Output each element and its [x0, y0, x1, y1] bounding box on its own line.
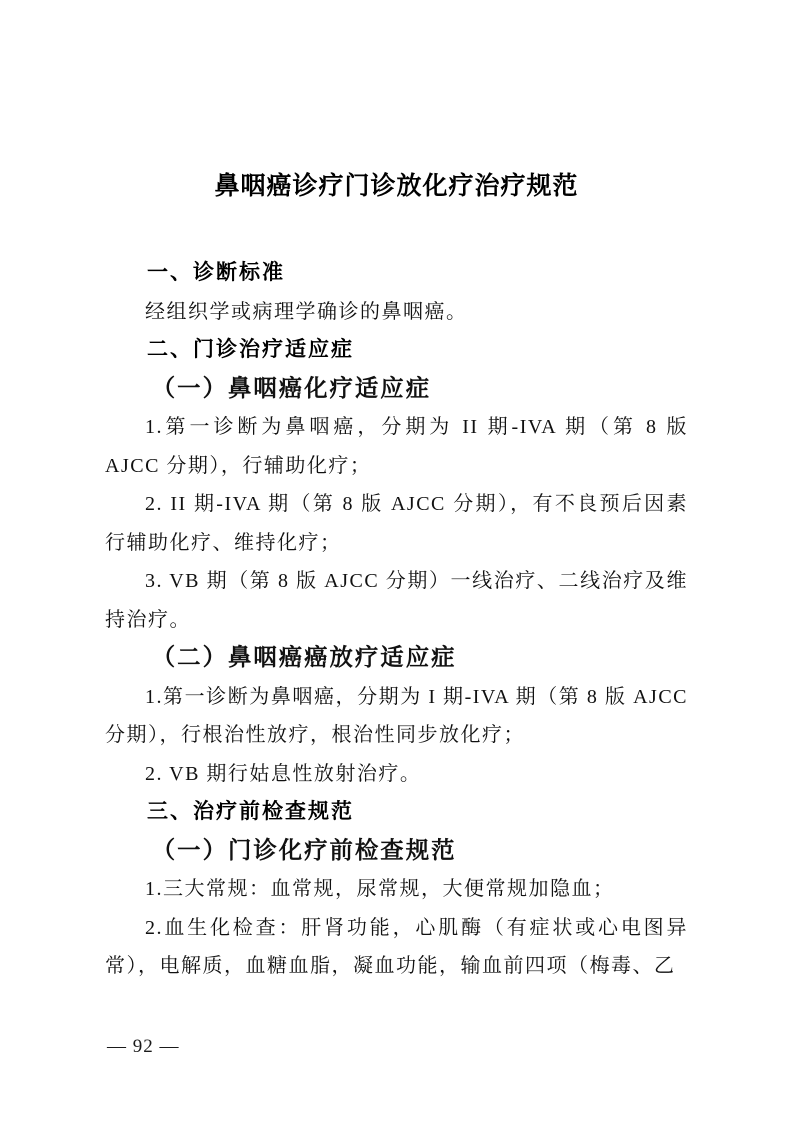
subsection-heading: （一）门诊化疗前检查规范: [105, 832, 688, 871]
page-number: — 92 —: [107, 1036, 180, 1058]
subsection-heading: （一）鼻咽癌化疗适应症: [105, 370, 688, 409]
paragraph: 2.血生化检查：肝肾功能，心肌酶（有症状或心电图异常），电解质，血糖血脂，凝血功…: [105, 909, 688, 986]
subsection-heading: （二）鼻咽癌癌放疗适应症: [105, 639, 688, 678]
paragraph: 1.三大常规：血常规，尿常规，大便常规加隐血；: [105, 870, 688, 909]
paragraph: 1.第一诊断为鼻咽癌，分期为 II 期-IVA 期（第 8 版 AJCC 分期）…: [105, 408, 688, 485]
paragraph: 2. II 期-IVA 期（第 8 版 AJCC 分期），有不良预后因素行辅助化…: [105, 485, 688, 562]
document-body: 一、诊断标准 经组织学或病理学确诊的鼻咽癌。 二、门诊治疗适应症 （一）鼻咽癌化…: [105, 254, 688, 986]
document-page: 鼻咽癌诊疗门诊放化疗治疗规范 一、诊断标准 经组织学或病理学确诊的鼻咽癌。 二、…: [0, 0, 793, 1122]
section-heading-2: 二、门诊治疗适应症: [105, 331, 688, 370]
paragraph: 3. VB 期（第 8 版 AJCC 分期）一线治疗、二线治疗及维持治疗。: [105, 562, 688, 639]
document-title: 鼻咽癌诊疗门诊放化疗治疗规范: [105, 170, 688, 204]
paragraph: 1.第一诊断为鼻咽癌，分期为 I 期-IVA 期（第 8 版 AJCC 分期），…: [105, 678, 688, 755]
paragraph: 经组织学或病理学确诊的鼻咽癌。: [105, 293, 688, 332]
section-heading-1: 一、诊断标准: [105, 254, 688, 293]
paragraph: 2. VB 期行姑息性放射治疗。: [105, 755, 688, 794]
section-heading-3: 三、治疗前检查规范: [105, 793, 688, 832]
